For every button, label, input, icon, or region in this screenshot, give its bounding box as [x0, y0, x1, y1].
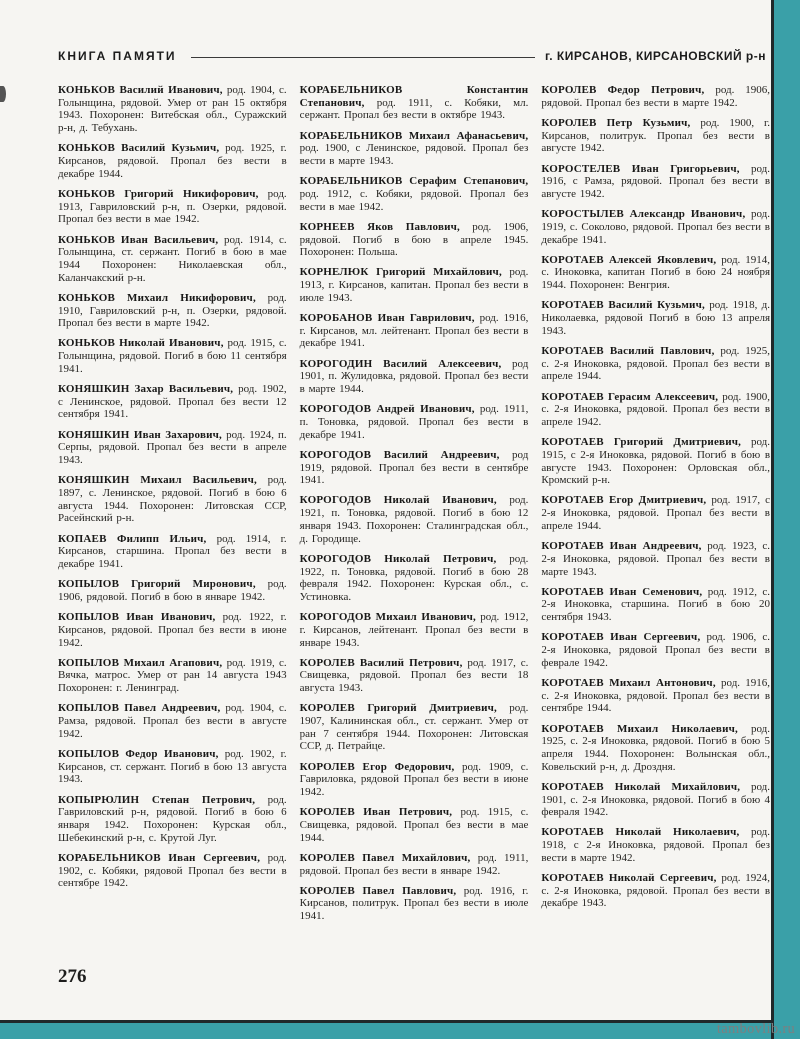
entry-person-name: КОРОЛЕВ Иван Петрович,: [300, 806, 453, 818]
entry-person-name: КОРОГОДОВ Николай Иванович,: [300, 494, 497, 506]
memorial-entry: КОНЯШКИН Иван Захарович, род. 1924, п. С…: [58, 429, 287, 467]
memorial-entry: КОПЫЛОВ Федор Иванович, род. 1902, г. Ки…: [58, 748, 287, 786]
text-column-3: КОРОЛЕВ Федор Петрович, род. 1906, рядов…: [541, 84, 770, 930]
memorial-entry: КОРОЛЕВ Федор Петрович, род. 1906, рядов…: [541, 84, 770, 109]
memorial-entry: КОРОТАЕВ Иван Андреевич, род. 1923, с. 2…: [541, 540, 770, 578]
memorial-entry: КОРОТАЕВ Егор Дмитриевич, род. 1917, с 2…: [541, 494, 770, 532]
scan-edge-bottom: [0, 1020, 800, 1039]
entry-person-name: КОРОТАЕВ Николай Сергеевич,: [541, 872, 716, 884]
entry-person-name: КОРАБЕЛЬНИКОВ Михаил Афанасьевич,: [300, 130, 529, 142]
memorial-entry: КОРОТАЕВ Николай Сергеевич, род. 1924, с…: [541, 872, 770, 910]
memorial-entry: КОПЫЛОВ Григорий Миронович, род. 1906, р…: [58, 578, 287, 603]
entry-person-name: КОНЯШКИН Иван Захарович,: [58, 429, 222, 441]
entry-person-name: КОНЯШКИН Михаил Васильевич,: [58, 474, 257, 486]
entry-person-name: КОРОБАНОВ Иван Гаврилович,: [300, 312, 475, 324]
entry-person-name: КОНЬКОВ Григорий Никифорович,: [58, 188, 259, 200]
book-page: КНИГА ПАМЯТИ г. КИРСАНОВ, КИРСАНОВСКИЙ р…: [0, 0, 800, 1039]
entry-person-name: КОРОЛЕВ Григорий Дмитриевич,: [300, 702, 497, 714]
memorial-entry: КОРОГОДОВ Михаил Иванович, род. 1912, г.…: [300, 611, 529, 649]
header-divider-rule: [191, 57, 535, 58]
memorial-entry: КОРОЛЕВ Егор Федорович, род. 1909, с. Га…: [300, 761, 529, 799]
memorial-entry: КОРОТАЕВ Иван Семенович, род. 1912, с. 2…: [541, 586, 770, 624]
entry-person-name: КОПЫРЮЛИН Степан Петрович,: [58, 794, 255, 806]
memorial-entry: КОРОТАЕВ Николай Михайлович, род. 1901, …: [541, 781, 770, 819]
entry-details: род. 1912, с. Кобяки, рядовой. Пропал бе…: [300, 188, 529, 213]
entry-person-name: КОРОТАЕВ Алексей Яковлевич,: [541, 254, 716, 266]
header-district-title: г. КИРСАНОВ, КИРСАНОВСКИЙ р-н: [545, 49, 766, 63]
memorial-entry: КОРОЛЕВ Павел Михайлович, род. 1911, ряд…: [300, 852, 529, 877]
entry-person-name: КОНЬКОВ Василий Кузьмич,: [58, 142, 219, 154]
page-header: КНИГА ПАМЯТИ г. КИРСАНОВ, КИРСАНОВСКИЙ р…: [58, 49, 766, 63]
entry-person-name: КОРОЛЕВ Петр Кузьмич,: [541, 117, 690, 129]
memorial-entry: КОРНЕЕВ Яков Павлович, род. 1906, рядово…: [300, 221, 529, 259]
entry-person-name: КОРОТАЕВ Герасим Алексеевич,: [541, 391, 718, 403]
memorial-entry: КОРОЛЕВ Павел Павлович, род. 1916, г. Ки…: [300, 885, 529, 923]
memorial-entry: КОРАБЕЛЬНИКОВ Серафим Степанович, род. 1…: [300, 175, 529, 213]
text-columns: КОНЬКОВ Василий Иванович, род. 1904, с. …: [58, 84, 770, 930]
memorial-entry: КОРОГОДОВ Николай Иванович, род. 1921, п…: [300, 494, 529, 545]
entry-person-name: КОРОТАЕВ Михаил Николаевич,: [541, 723, 738, 735]
memorial-entry: КОНЬКОВ Василий Кузьмич, род. 1925, г. К…: [58, 142, 287, 180]
memorial-entry: КОНЬКОВ Николай Иванович, род. 1915, с. …: [58, 337, 287, 375]
memorial-entry: КОПЫЛОВ Павел Андреевич, род. 1904, с. Р…: [58, 702, 287, 740]
entry-person-name: КОРАБЕЛЬНИКОВ Серафим Степанович,: [300, 175, 529, 187]
memorial-entry: КОРОТАЕВ Николай Николаевич, род. 1918, …: [541, 826, 770, 864]
memorial-entry: КОРОТАЕВ Иван Сергеевич, род. 1906, с. 2…: [541, 631, 770, 669]
memorial-entry: КОРОГОДИН Василий Алексеевич, род 1901, …: [300, 358, 529, 396]
entry-person-name: КОРОГОДОВ Николай Петрович,: [300, 553, 497, 565]
memorial-entry: КОПЫЛОВ Иван Иванович, род. 1922, г. Кир…: [58, 611, 287, 649]
entry-person-name: КОНЬКОВ Михаил Никифорович,: [58, 292, 256, 304]
entry-person-name: КОРОТАЕВ Михаил Антонович,: [541, 677, 715, 689]
memorial-entry: КОПЫРЮЛИН Степан Петрович, род. Гаврилов…: [58, 794, 287, 845]
memorial-entry: КОРОСТЕЛЕВ Иван Григорьевич, род. 1916, …: [541, 163, 770, 201]
entry-person-name: КОРОТАЕВ Николай Николаевич,: [541, 826, 739, 838]
entry-person-name: КОПЫЛОВ Павел Андреевич,: [58, 702, 220, 714]
memorial-entry: КОРОЛЕВ Петр Кузьмич, род. 1900, г. Кирс…: [541, 117, 770, 155]
scan-ink-artifact: [0, 86, 6, 102]
entry-person-name: КОРОСТЕЛЕВ Иван Григорьевич,: [541, 163, 739, 175]
library-watermark: tambovlib.ru: [717, 1021, 795, 1038]
memorial-entry: КОНЬКОВ Иван Васильевич, род. 1914, с. Г…: [58, 234, 287, 285]
memorial-entry: КОНЬКОВ Василий Иванович, род. 1904, с. …: [58, 84, 287, 135]
memorial-entry: КОРАБЕЛЬНИКОВ Михаил Афанасьевич, род. 1…: [300, 130, 529, 168]
entry-person-name: КОРОТАЕВ Иван Семенович,: [541, 586, 702, 598]
entry-person-name: КОПЫЛОВ Федор Иванович,: [58, 748, 219, 760]
memorial-entry: КОРАБЕЛЬНИКОВ Константин Степанович, род…: [300, 84, 529, 122]
memorial-entry: КОНЬКОВ Григорий Никифорович, род. 1913,…: [58, 188, 287, 226]
memorial-entry: КОРОТАЕВ Михаил Антонович, род. 1916, с.…: [541, 677, 770, 715]
memorial-entry: КОРОГОДОВ Андрей Иванович, род. 1911, п.…: [300, 403, 529, 441]
memorial-entry: КОРОЛЕВ Григорий Дмитриевич, род. 1907, …: [300, 702, 529, 753]
book-title: КНИГА ПАМЯТИ: [58, 49, 177, 63]
entry-person-name: КОРОТАЕВ Григорий Дмитриевич,: [541, 436, 741, 448]
entry-person-name: КОРОЛЕВ Федор Петрович,: [541, 84, 704, 96]
memorial-entry: КОРОЛЕВ Иван Петрович, род. 1915, с. Сви…: [300, 806, 529, 844]
memorial-entry: КОРОТАЕВ Алексей Яковлевич, род. 1914, с…: [541, 254, 770, 292]
entry-person-name: КОПЫЛОВ Михаил Агапович,: [58, 657, 222, 669]
entry-person-name: КОРОГОДОВ Андрей Иванович,: [300, 403, 475, 415]
memorial-entry: КОРОТАЕВ Герасим Алексеевич, род. 1900, …: [541, 391, 770, 429]
memorial-entry: КОРОТАЕВ Василий Кузьмич, род. 1918, д. …: [541, 299, 770, 337]
entry-person-name: КОРОТАЕВ Василий Кузьмич,: [541, 299, 705, 311]
entry-person-name: КОНЬКОВ Василий Иванович,: [58, 84, 223, 96]
entry-person-name: КОПЫЛОВ Иван Иванович,: [58, 611, 215, 623]
page-number: 276: [58, 966, 87, 988]
entry-person-name: КОРОЛЕВ Павел Михайлович,: [300, 852, 471, 864]
memorial-entry: КОРНЕЛЮК Григорий Михайлович, род. 1913,…: [300, 266, 529, 304]
entry-person-name: КОНЬКОВ Иван Васильевич,: [58, 234, 218, 246]
memorial-entry: КОРАБЕЛЬНИКОВ Иван Сергеевич, род. 1902,…: [58, 852, 287, 890]
entry-person-name: КОРОГОДОВ Михаил Иванович,: [300, 611, 476, 623]
memorial-entry: КОРОТАЕВ Василий Павлович, род. 1925, с.…: [541, 345, 770, 383]
entry-person-name: КОРНЕЛЮК Григорий Михайлович,: [300, 266, 502, 278]
text-column-1: КОНЬКОВ Василий Иванович, род. 1904, с. …: [58, 84, 287, 930]
memorial-entry: КОРОГОДОВ Николай Петрович, род. 1922, п…: [300, 553, 529, 604]
entry-person-name: КОНЬКОВ Николай Иванович,: [58, 337, 224, 349]
memorial-entry: КОРОТАЕВ Григорий Дмитриевич, род. 1915,…: [541, 436, 770, 487]
text-column-2: КОРАБЕЛЬНИКОВ Константин Степанович, род…: [300, 84, 529, 930]
entry-person-name: КОРОТАЕВ Иван Андреевич,: [541, 540, 701, 552]
memorial-entry: КОРОЛЕВ Василий Петрович, род. 1917, с. …: [300, 657, 529, 695]
entry-person-name: КОРНЕЕВ Яков Павлович,: [300, 221, 460, 233]
memorial-entry: КОНЬКОВ Михаил Никифорович, род. 1910, Г…: [58, 292, 287, 330]
entry-person-name: КОРОЛЕВ Павел Павлович,: [300, 885, 457, 897]
entry-person-name: КОРОТАЕВ Николай Михайлович,: [541, 781, 740, 793]
entry-person-name: КОРОСТЫЛЕВ Александр Иванович,: [541, 208, 745, 220]
entry-person-name: КОНЯШКИН Захар Васильевич,: [58, 383, 233, 395]
entry-person-name: КОРОЛЕВ Егор Федорович,: [300, 761, 455, 773]
memorial-entry: КОРОГОДОВ Василий Андреевич, род 1919, р…: [300, 449, 529, 487]
entry-person-name: КОРОТАЕВ Василий Павлович,: [541, 345, 714, 357]
memorial-entry: КОПАЕВ Филипп Ильич, род. 1914, г. Кирса…: [58, 533, 287, 571]
entry-details: род. 1900, с Ленинское, рядовой. Пропал …: [300, 142, 529, 167]
entry-person-name: КОРОТАЕВ Егор Дмитриевич,: [541, 494, 706, 506]
memorial-entry: КОРОСТЫЛЕВ Александр Иванович, род. 1919…: [541, 208, 770, 246]
entry-person-name: КОРОТАЕВ Иван Сергеевич,: [541, 631, 700, 643]
scan-edge-right: [771, 0, 800, 1039]
memorial-entry: КОПЫЛОВ Михаил Агапович, род. 1919, с. В…: [58, 657, 287, 695]
memorial-entry: КОРОТАЕВ Михаил Николаевич, род. 1925, с…: [541, 723, 770, 774]
memorial-entry: КОРОБАНОВ Иван Гаврилович, род. 1916, г.…: [300, 312, 529, 350]
entry-person-name: КОРОГОДИН Василий Алексеевич,: [300, 358, 502, 370]
entry-person-name: КОПАЕВ Филипп Ильич,: [58, 533, 206, 545]
memorial-entry: КОНЯШКИН Михаил Васильевич, род. 1897, с…: [58, 474, 287, 525]
entry-person-name: КОРОГОДОВ Василий Андреевич,: [300, 449, 500, 461]
entry-person-name: КОРОЛЕВ Василий Петрович,: [300, 657, 463, 669]
memorial-entry: КОНЯШКИН Захар Васильевич, род. 1902, с …: [58, 383, 287, 421]
entry-person-name: КОРАБЕЛЬНИКОВ Иван Сергеевич,: [58, 852, 260, 864]
entry-person-name: КОПЫЛОВ Григорий Миронович,: [58, 578, 256, 590]
